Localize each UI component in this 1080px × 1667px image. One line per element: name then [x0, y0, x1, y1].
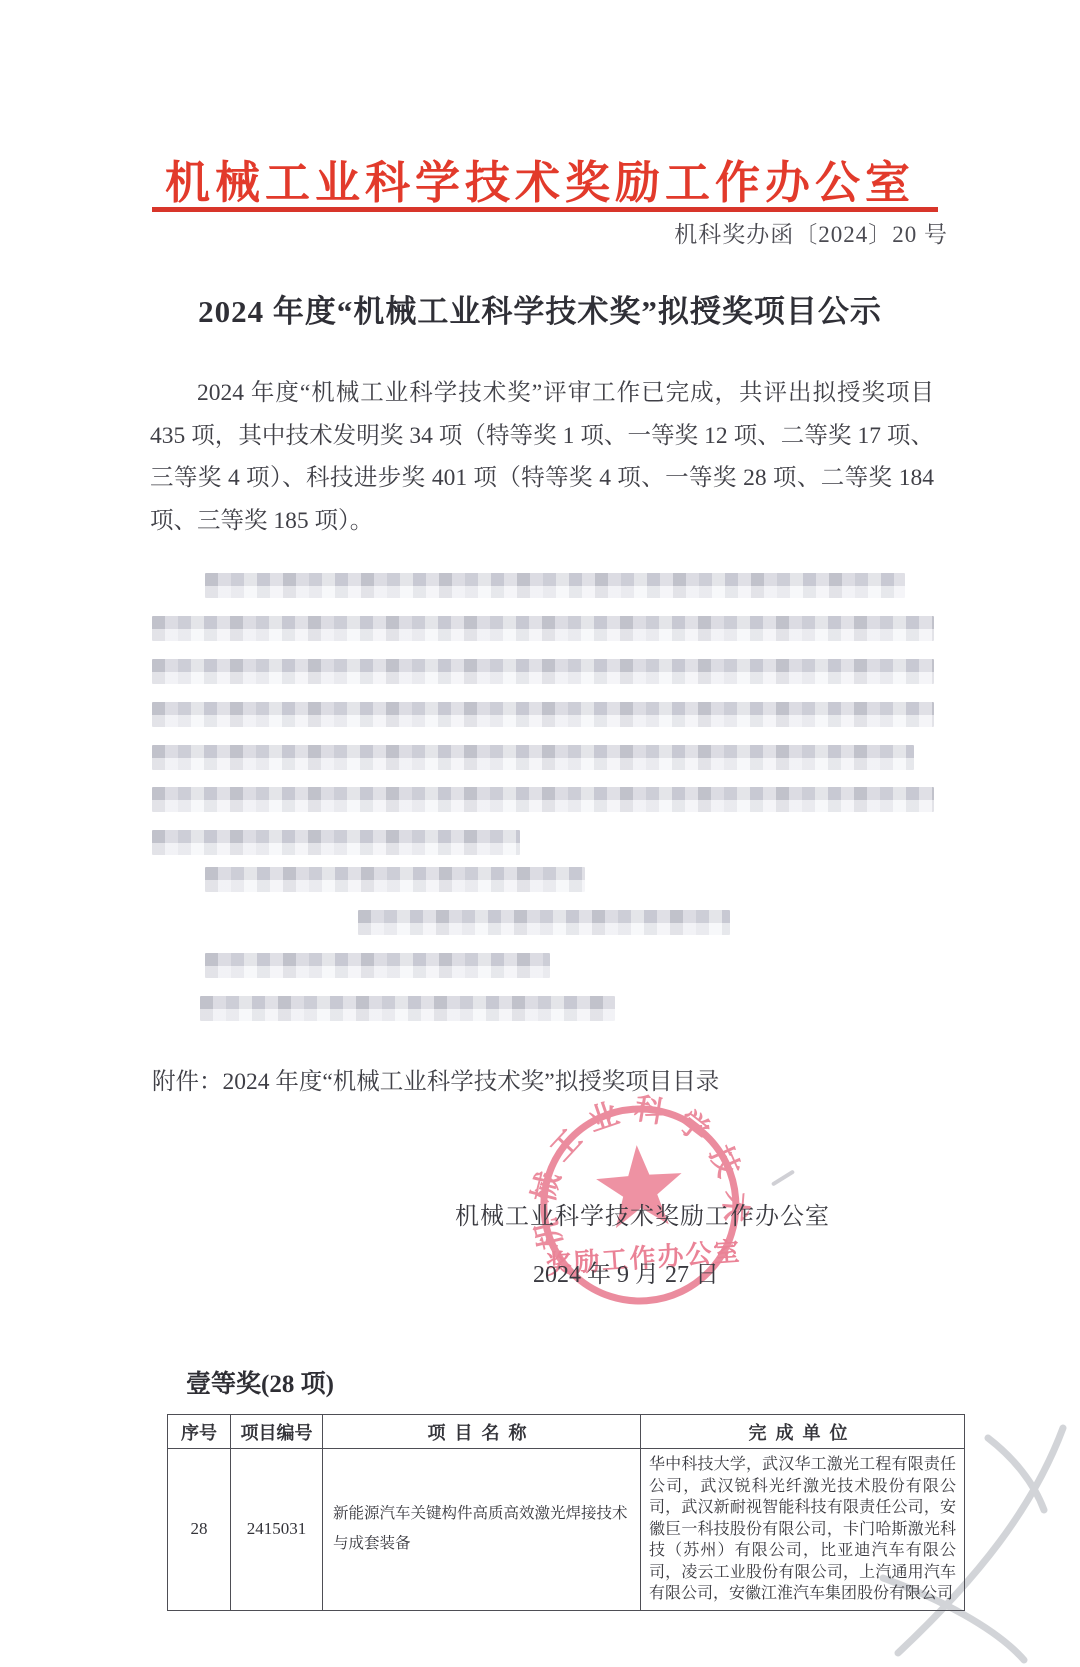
cell-project-name: 新能源汽车关键构件高质高效激光焊接技术与成套装备 [323, 1449, 641, 1611]
scan-artifact-mark [771, 1169, 795, 1186]
cell-completion-units: 华中科技大学，武汉华工激光工程有限责任公司，武汉锐科光纤激光技术股份有限公司，武… [641, 1449, 965, 1611]
document-page: 机械工业科学技术奖励工作办公室 机科奖办函〔2024〕20 号 2024 年度“… [0, 0, 1080, 1667]
award-table: 序号 项目编号 项目名称 完成单位 28 2415031 新能源汽车关键构件高质… [167, 1414, 965, 1611]
redacted-line [205, 573, 905, 598]
redacted-line [152, 702, 934, 727]
redacted-line [200, 996, 615, 1021]
notice-title: 2024 年度“机械工业科学技术奖”拟授奖项目公示 [0, 286, 1080, 331]
issuer-signature: 机械工业科学技术奖励工作办公室 [455, 1196, 830, 1231]
col-header-seq: 序号 [168, 1415, 231, 1449]
issue-date: 2024 年 9 月 27 日 [533, 1254, 719, 1289]
document-number: 机科奖办函〔2024〕20 号 [674, 216, 948, 249]
attachment-line: 附件：2024 年度“机械工业科学技术奖”拟授奖项目目录 [152, 1062, 719, 1096]
award-section-heading: 壹等奖(28 项) [186, 1364, 334, 1400]
cell-project-no: 2415031 [231, 1449, 323, 1611]
redacted-line [152, 659, 934, 684]
col-header-completion-units: 完成单位 [641, 1415, 965, 1449]
redacted-line [152, 787, 934, 812]
redacted-line [358, 910, 730, 935]
letterhead-divider [152, 207, 938, 212]
redacted-line [205, 867, 585, 892]
cell-seq: 28 [168, 1449, 231, 1611]
redacted-line [152, 745, 914, 770]
redacted-line [205, 953, 550, 978]
redacted-line [152, 616, 934, 641]
table-header-row: 序号 项目编号 项目名称 完成单位 [168, 1415, 965, 1449]
table-row: 28 2415031 新能源汽车关键构件高质高效激光焊接技术与成套装备 华中科技… [168, 1449, 965, 1611]
notice-paragraph: 2024 年度“机械工业科学技术奖”评审工作已完成，共评出拟授奖项目 435 项… [150, 372, 934, 542]
redacted-line [152, 830, 520, 855]
col-header-project-name: 项目名称 [323, 1415, 641, 1449]
letterhead-title: 机械工业科学技术奖励工作办公室 [0, 146, 1080, 211]
col-header-project-no: 项目编号 [231, 1415, 323, 1449]
